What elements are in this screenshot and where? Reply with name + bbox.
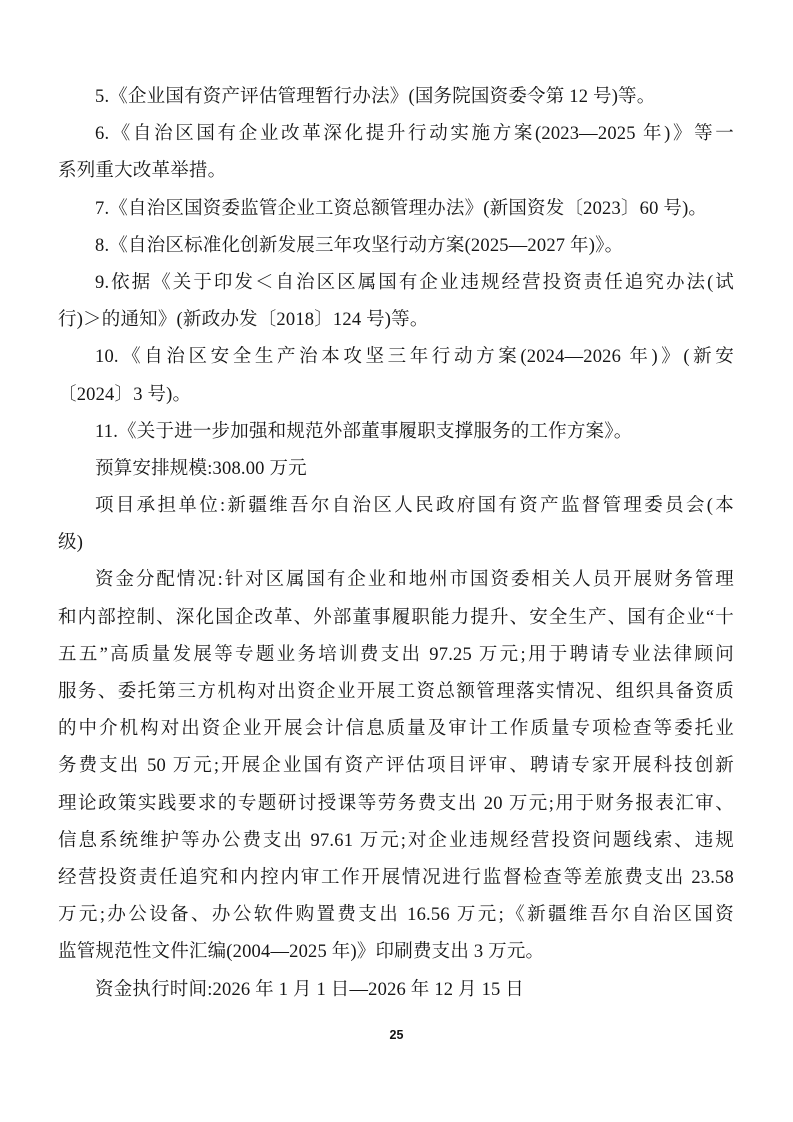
text-line: 监管规范性文件汇编(2004—2025 年)》印刷费支出 3 万元。 [58, 934, 734, 971]
text-line: 经营投资责任追究和内控内审工作开展情况进行监督检查等差旅费支出 23.58 [58, 860, 734, 897]
text-line: 五五”高质量发展等专题业务培训费支出 97.25 万元;用于聘请专业法律顾问 [58, 637, 734, 674]
paragraph: 11.《关于进一步加强和规范外部董事履职支撑服务的工作方案》。 [58, 414, 734, 451]
text-line: 项目承担单位:新疆维吾尔自治区人民政府国有资产监督管理委员会(本 [58, 488, 734, 525]
text-line: 预算安排规模:308.00 万元 [58, 451, 734, 488]
paragraph: 8.《自治区标准化创新发展三年攻坚行动方案(2025—2027 年)》。 [58, 228, 734, 265]
text-line: 级) [58, 525, 734, 562]
paragraph: 预算安排规模:308.00 万元 [58, 451, 734, 488]
text-line: 6.《自治区国有企业改革深化提升行动实施方案(2023—2025 年)》等一 [58, 116, 734, 153]
text-line: 和内部控制、深化国企改革、外部董事履职能力提升、安全生产、国有企业“十 [58, 600, 734, 637]
text-line: 5.《企业国有资产评估管理暂行办法》(国务院国资委令第 12 号)等。 [58, 79, 734, 116]
text-line: 资金执行时间:2026 年 1 月 1 日—2026 年 12 月 15 日 [58, 972, 734, 1009]
text-line: 〔2024〕3 号)。 [58, 377, 734, 414]
document-page: 5.《企业国有资产评估管理暂行办法》(国务院国资委令第 12 号)等。6.《自治… [0, 0, 793, 1122]
text-line: 8.《自治区标准化创新发展三年攻坚行动方案(2025—2027 年)》。 [58, 228, 734, 265]
paragraph: 资金执行时间:2026 年 1 月 1 日—2026 年 12 月 15 日 [58, 972, 734, 1009]
paragraph: 项目承担单位:新疆维吾尔自治区人民政府国有资产监督管理委员会(本级) [58, 488, 734, 562]
document-body: 5.《企业国有资产评估管理暂行办法》(国务院国资委令第 12 号)等。6.《自治… [58, 79, 734, 1009]
text-line: 服务、委托第三方机构对出资企业开展工资总额管理落实情况、组织具备资质 [58, 674, 734, 711]
text-line: 7.《自治区国资委监管企业工资总额管理办法》(新国资发〔2023〕60 号)。 [58, 191, 734, 228]
paragraph: 9.依据《关于印发＜自治区区属国有企业违规经营投资责任追究办法(试行)＞的通知》… [58, 265, 734, 339]
text-line: 10.《自治区安全生产治本攻坚三年行动方案(2024—2026 年)》(新安 [58, 339, 734, 376]
paragraph: 7.《自治区国资委监管企业工资总额管理办法》(新国资发〔2023〕60 号)。 [58, 191, 734, 228]
text-line: 资金分配情况:针对区属国有企业和地州市国资委相关人员开展财务管理 [58, 562, 734, 599]
paragraph: 10.《自治区安全生产治本攻坚三年行动方案(2024—2026 年)》(新安〔2… [58, 339, 734, 413]
text-line: 信息系统维护等办公费支出 97.61 万元;对企业违规经营投资问题线索、违规 [58, 823, 734, 860]
text-line: 11.《关于进一步加强和规范外部董事履职支撑服务的工作方案》。 [58, 414, 734, 451]
paragraph: 5.《企业国有资产评估管理暂行办法》(国务院国资委令第 12 号)等。 [58, 79, 734, 116]
paragraph: 资金分配情况:针对区属国有企业和地州市国资委相关人员开展财务管理和内部控制、深化… [58, 562, 734, 971]
text-line: 系列重大改革举措。 [58, 153, 734, 190]
text-line: 理论政策实践要求的专题研讨授课等劳务费支出 20 万元;用于财务报表汇审、 [58, 786, 734, 823]
text-line: 万元;办公设备、办公软件购置费支出 16.56 万元;《新疆维吾尔自治区国资 [58, 897, 734, 934]
page-footer: 25 [0, 1026, 793, 1044]
text-line: 的中介机构对出资企业开展会计信息质量及审计工作质量专项检查等委托业 [58, 711, 734, 748]
paragraph: 6.《自治区国有企业改革深化提升行动实施方案(2023—2025 年)》等一系列… [58, 116, 734, 190]
text-line: 9.依据《关于印发＜自治区区属国有企业违规经营投资责任追究办法(试 [58, 265, 734, 302]
text-line: 务费支出 50 万元;开展企业国有资产评估项目评审、聘请专家开展科技创新 [58, 748, 734, 785]
text-line: 行)＞的通知》(新政办发〔2018〕124 号)等。 [58, 302, 734, 339]
page-number: 25 [390, 1028, 404, 1042]
